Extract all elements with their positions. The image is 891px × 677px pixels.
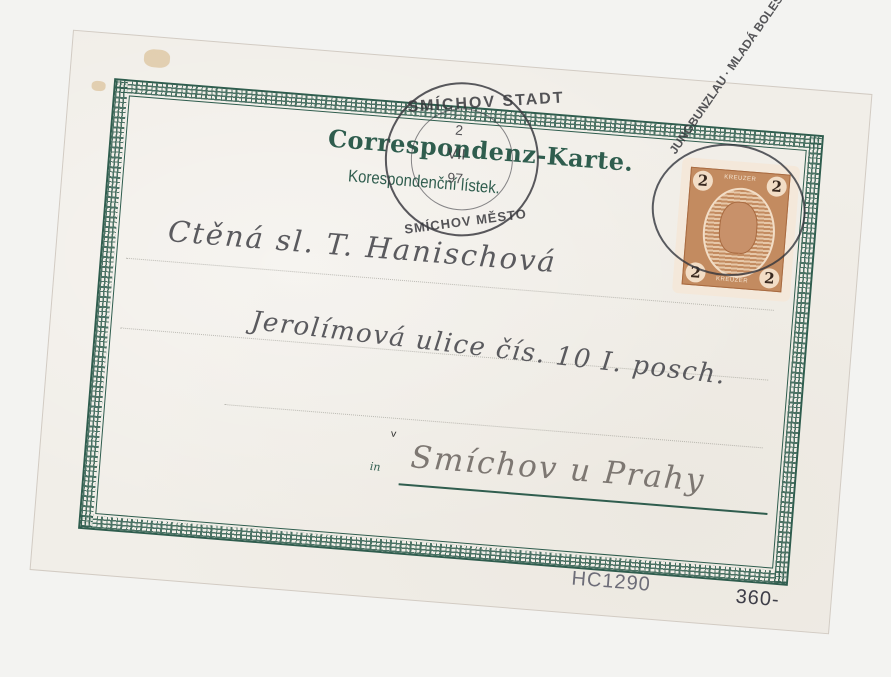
postmark-day: 2 — [455, 122, 464, 139]
v-label: v — [390, 430, 397, 441]
price-mark: 360- — [735, 586, 781, 612]
age-stain — [91, 80, 106, 91]
in-label: in — [369, 460, 381, 474]
age-stain — [143, 49, 170, 69]
postcard: Correspondenz-Karte. Korespondenční líst… — [31, 31, 872, 633]
postmark-month: VII — [447, 145, 467, 163]
postmark-year: 97 — [447, 169, 464, 186]
